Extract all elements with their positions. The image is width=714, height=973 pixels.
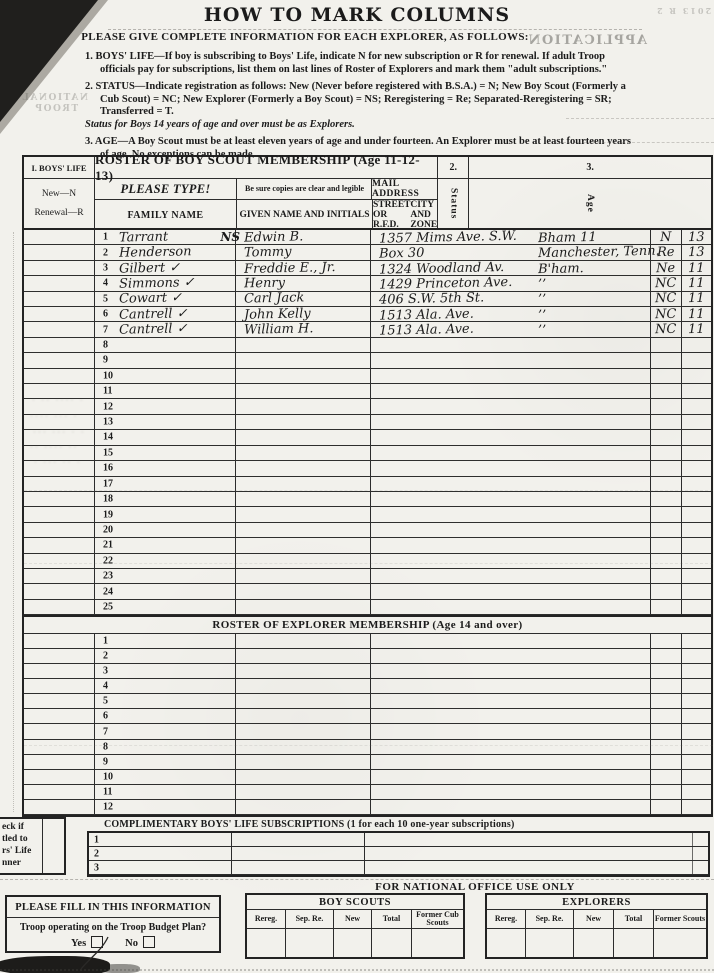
cell-address <box>370 507 650 521</box>
cell-family-name: 1 Tarrant NS <box>94 230 235 244</box>
cell-age <box>681 600 711 614</box>
status-number: 2. <box>438 157 468 179</box>
instruction-number: 3. <box>85 136 93 147</box>
cell-blank <box>692 847 708 860</box>
page-title: HOW TO MARK COLUMNS <box>0 4 714 26</box>
instruction-item: 2. STATUS—Indicate registration as follo… <box>85 81 637 131</box>
city-value <box>538 390 650 392</box>
cell-age <box>681 649 711 663</box>
row-number: 4 <box>103 278 108 289</box>
cell-age <box>681 709 711 723</box>
cell-address <box>370 679 650 693</box>
street-value <box>379 528 538 531</box>
national-office-title: FOR NATIONAL OFFICE USE ONLY <box>320 881 630 893</box>
cell-status <box>650 399 681 413</box>
boys-life-codes: New—N Renewal—R <box>24 179 94 228</box>
cell-boys-life <box>24 369 94 383</box>
row-number: 23 <box>103 571 113 582</box>
cell-age: 11 <box>681 292 711 306</box>
cell-address <box>370 724 650 738</box>
family-name-value: Henderson <box>119 245 192 260</box>
cell-address <box>370 554 650 568</box>
boy-scout-roster-rows: 1 Tarrant NS Edwin B. 1357 Mims Ave. S.W… <box>24 230 711 615</box>
cell-family-name: 13 <box>94 415 235 429</box>
row-number: 6 <box>103 711 108 722</box>
new-code: New—N <box>42 189 76 199</box>
cell-given-name <box>235 415 370 429</box>
cell-address <box>370 353 650 367</box>
cell-given-name <box>235 740 370 754</box>
cell-given-name <box>235 430 370 444</box>
cell-address <box>370 477 650 491</box>
cell-address: 1513 Ala. Ave. ’’ <box>370 322 650 336</box>
cell-status <box>650 800 681 814</box>
city-value <box>538 436 650 438</box>
explorers-table-body <box>487 929 706 957</box>
cell-age <box>681 694 711 708</box>
city-value <box>538 590 650 592</box>
street-value <box>379 405 538 408</box>
cell-boys-life <box>24 584 94 598</box>
membership-form: I. BOYS' LIFE New—N Renewal—R ROSTER OF … <box>22 155 713 817</box>
cell-status <box>650 694 681 708</box>
cell-given-name: Henry <box>235 276 370 290</box>
copies-note: Be sure copies are clear and legible <box>236 179 371 199</box>
cell-boys-life <box>24 724 94 738</box>
cell-family-name: 8 <box>94 338 235 352</box>
city-header: CITY AND ZONE <box>410 200 437 230</box>
complimentary-row: 2 <box>89 847 708 861</box>
cell-given-name: John Kelly <box>235 307 370 321</box>
status-value: NC <box>655 277 677 290</box>
cell-given-name <box>235 523 370 537</box>
cell-boys-life <box>24 307 94 321</box>
roster-row: 1 Tarrant NS Edwin B. 1357 Mims Ave. S.W… <box>24 230 711 245</box>
roster-row: 21 <box>24 538 711 553</box>
explorers-table-header: Rereg. Sep. Re. New Total Former Scouts <box>487 910 706 929</box>
cell-age <box>681 353 711 367</box>
cell-address <box>370 709 650 723</box>
cell-status <box>650 415 681 429</box>
cell-family-name: 2 <box>94 649 235 663</box>
row-number: 9 <box>103 355 108 366</box>
cell-age <box>681 785 711 799</box>
street-value <box>379 420 538 423</box>
cell-status: Re <box>650 245 681 259</box>
cell-family-name: 15 <box>94 446 235 460</box>
cell-family-name: 14 <box>94 430 235 444</box>
cell-age <box>681 724 711 738</box>
cell-age <box>681 461 711 475</box>
row-number: 21 <box>103 540 113 551</box>
roster-header: I. BOYS' LIFE New—N Renewal—R ROSTER OF … <box>24 157 711 230</box>
cell-family-name: 11 <box>94 785 235 799</box>
cell-age <box>681 554 711 568</box>
cell-family-name: 1 <box>94 634 235 648</box>
cell-address <box>370 800 650 814</box>
cell-boys-life <box>24 245 94 259</box>
row-number: 3 <box>94 862 99 873</box>
cell-family-name: 22 <box>94 554 235 568</box>
col-total: Total <box>371 910 411 928</box>
divider <box>0 879 714 880</box>
status-value: Ne <box>656 261 675 274</box>
row-number: 3 <box>103 263 108 274</box>
cell-address <box>370 785 650 799</box>
city-value: ’’ <box>538 291 650 306</box>
cell-address <box>370 523 650 537</box>
row-number: 9 <box>103 756 108 767</box>
cell-boys-life <box>24 694 94 708</box>
cell-family-name: 7 Cantrell ✓ <box>94 322 235 336</box>
roster-subheader: PLEASE TYPE! Be sure copies are clear an… <box>95 179 437 200</box>
cell-address <box>370 430 650 444</box>
bleed-smudge: ·· ···· ·· <box>30 442 78 452</box>
cell-family-name: 23 <box>94 569 235 583</box>
roster-row: 15 <box>24 446 711 461</box>
cell-age <box>681 446 711 460</box>
cell-status <box>650 785 681 799</box>
cell-age <box>681 569 711 583</box>
cell-family-name: 9 <box>94 353 235 367</box>
cell-boys-life <box>24 664 94 678</box>
cell-family-name: 3 Gilbert ✓ <box>94 261 235 275</box>
explorer-row: 11 <box>24 785 711 800</box>
cell-address: 1324 Woodland Av. B'ham. <box>370 261 650 275</box>
explorer-row: 7 <box>24 724 711 739</box>
scan-noise-line <box>566 118 714 119</box>
street-value <box>379 605 538 608</box>
cell-boys-life <box>24 554 94 568</box>
cell-blank <box>364 861 692 874</box>
cell-given-name <box>235 600 370 614</box>
budget-plan-question: Troop operating on the Troop Budget Plan… <box>7 922 219 933</box>
row-number: 25 <box>103 601 113 612</box>
family-name-value: Gilbert ✓ <box>119 261 180 275</box>
cell-status: N <box>650 230 681 244</box>
explorer-roster-rows: 1 2 <box>24 634 711 815</box>
row-number: 6 <box>103 309 108 320</box>
cell-boys-life <box>24 230 94 244</box>
row-number: 8 <box>103 340 108 351</box>
roster-row: 9 <box>24 353 711 368</box>
cell-address: Box 30 Manchester, Tenn. <box>370 245 650 259</box>
cell-age <box>681 415 711 429</box>
cell-boys-life <box>24 755 94 769</box>
cell-status <box>650 430 681 444</box>
cell-family-name: 11 <box>94 384 235 398</box>
explorer-row: 2 <box>24 649 711 664</box>
family-name-value: Cantrell ✓ <box>119 307 188 321</box>
street-value: 1513 Ala. Ave. <box>379 321 538 337</box>
explorer-row: 6 <box>24 709 711 724</box>
given-name-value: William H. <box>244 322 314 336</box>
status-mark: NS <box>220 230 240 244</box>
cell-boys-life <box>24 600 94 614</box>
row-number: 15 <box>103 447 113 458</box>
cell-status <box>650 384 681 398</box>
cell-age <box>681 399 711 413</box>
cell-boys-life <box>24 523 94 537</box>
cell-given-name <box>235 492 370 506</box>
city-value: Manchester, Tenn. <box>538 245 650 260</box>
bleed-smudge: · ·· ···· · <box>32 395 85 405</box>
cell-age <box>681 384 711 398</box>
city-value <box>538 452 650 454</box>
cell-status <box>650 523 681 537</box>
cell-age <box>681 664 711 678</box>
roster-row: 12 <box>24 399 711 414</box>
cell-address <box>370 369 650 383</box>
cell-age: 11 <box>681 307 711 321</box>
bleed-application-text: APPLICATION <box>527 33 647 48</box>
cell-boys-life <box>24 292 94 306</box>
row-number: 20 <box>103 524 113 535</box>
cell-given-name: Carl Jack <box>235 292 370 306</box>
cell-given-name: William H. <box>235 322 370 336</box>
roster-row: 4 Simmons ✓ Henry 1429 Princeton Ave. ’’… <box>24 276 711 291</box>
renewal-code: Renewal—R <box>34 208 83 218</box>
cell-family-name: 9 <box>94 755 235 769</box>
scan-noise-line <box>558 142 714 143</box>
scan-noise-line <box>24 563 713 564</box>
col-new: New <box>573 910 613 928</box>
city-value: B'ham. <box>538 260 650 275</box>
cell-family-name: 10 <box>94 369 235 383</box>
cell-family-name: 16 <box>94 461 235 475</box>
cell-given-name <box>235 461 370 475</box>
explorer-row: 9 <box>24 755 711 770</box>
cell-boys-life <box>24 709 94 723</box>
roster-row: 2 Henderson Tommy Box 30 Manchester, Ten… <box>24 245 711 260</box>
cell-status: NC <box>650 292 681 306</box>
cell-status <box>650 446 681 460</box>
cell-given-name <box>235 477 370 491</box>
cell-address <box>370 461 650 475</box>
street-value <box>379 559 538 562</box>
street-city-header: STREET OR R.F.D. CITY AND ZONE <box>372 200 437 230</box>
roster-row: 10 <box>24 369 711 384</box>
boy-scouts-tally-table: BOY SCOUTS Rereg. Sep. Re. New Total For… <box>245 893 465 959</box>
col-former-cub-scouts: Former Cub Scouts <box>411 910 463 928</box>
street-value: 1513 Ala. Ave. <box>379 306 538 322</box>
col-sep-re: Sep. Re. <box>285 910 333 928</box>
cell-status <box>650 724 681 738</box>
row-number: 2 <box>103 651 108 662</box>
roster-row: 25 <box>24 600 711 615</box>
row-number: 11 <box>103 386 112 397</box>
cell-address <box>370 538 650 552</box>
status-value: NC <box>655 292 677 305</box>
family-name-value: Cantrell ✓ <box>119 322 188 336</box>
cell-family-name: 6 Cantrell ✓ <box>94 307 235 321</box>
cell-age <box>681 584 711 598</box>
cell-status <box>650 755 681 769</box>
roster-row: 24 <box>24 584 711 599</box>
street-value <box>379 574 538 577</box>
bleed-national-troop-text: NATIONAL TROOP <box>24 93 88 115</box>
cell-family-name: 19 <box>94 507 235 521</box>
row-number: 22 <box>103 555 113 566</box>
row-number: 3 <box>103 666 108 677</box>
status-value: NC <box>655 323 677 336</box>
boy-scouts-table-body <box>247 929 463 957</box>
boy-scouts-table-header: Rereg. Sep. Re. New Total Former Cub Sco… <box>247 910 463 929</box>
roster-row: 8 <box>24 338 711 353</box>
cell-address <box>370 492 650 506</box>
cell-family-name: 3 <box>94 664 235 678</box>
cell-boys-life <box>24 634 94 648</box>
city-value: ’’ <box>538 276 650 291</box>
age-value: 11 <box>688 323 705 336</box>
cell-status <box>650 740 681 754</box>
scan-noise-line <box>24 490 713 491</box>
cell-number: 2 <box>89 847 231 860</box>
roster-row: 22 <box>24 554 711 569</box>
row-number: 13 <box>103 417 113 428</box>
cell-status <box>650 634 681 648</box>
col-rereg: Rereg. <box>487 910 525 928</box>
roster-row: 5 Cowart ✓ Carl Jack 406 S.W. 5th St. ’’… <box>24 292 711 307</box>
cell-given-name <box>235 584 370 598</box>
complimentary-table: 1 2 3 <box>87 831 710 877</box>
explorer-row: 8 <box>24 740 711 755</box>
boys-life-title: I. BOYS' LIFE <box>24 157 94 179</box>
col-rereg: Rereg. <box>247 910 285 928</box>
city-value <box>538 513 650 515</box>
cell-age <box>681 492 711 506</box>
roster-row: 3 Gilbert ✓ Freddie E., Jr. 1324 Woodlan… <box>24 261 711 276</box>
given-name-value: John Kelly <box>244 307 311 321</box>
city-value <box>538 375 650 377</box>
cell-age <box>681 338 711 352</box>
cell-family-name: 10 <box>94 770 235 784</box>
status-column-header: 2. Status <box>437 157 468 228</box>
cell-family-name: 4 Simmons ✓ <box>94 276 235 290</box>
cell-status <box>650 770 681 784</box>
cell-boys-life <box>24 649 94 663</box>
explorer-row: 3 <box>24 664 711 679</box>
fill-info-title: PLEASE FILL IN THIS INFORMATION <box>7 897 219 918</box>
street-value <box>379 451 538 454</box>
status-label: Status <box>438 179 468 228</box>
mail-address-header: MAIL ADDRESS <box>371 179 437 199</box>
explorer-row: 12 <box>24 800 711 815</box>
age-column-header: 3. Age <box>468 157 711 228</box>
complimentary-title: COMPLIMENTARY BOYS' LIFE SUBSCRIPTIONS (… <box>104 819 515 830</box>
cell-given-name <box>235 679 370 693</box>
family-name-value: Simmons ✓ <box>119 276 195 291</box>
cell-boys-life <box>24 507 94 521</box>
cell-status <box>650 507 681 521</box>
cell-status: Ne <box>650 261 681 275</box>
cell-boys-life <box>24 338 94 352</box>
banner-note-text: eck if tled to rs' Life nner <box>0 819 43 873</box>
cell-status <box>650 584 681 598</box>
boys-life-column-header: I. BOYS' LIFE New—N Renewal—R <box>24 157 94 228</box>
cell-given-name <box>235 755 370 769</box>
scanned-form-page: HOW TO MARK COLUMNS PLEASE GIVE COMPLETE… <box>0 0 714 973</box>
roster-row: 7 Cantrell ✓ William H. 1513 Ala. Ave. ’… <box>24 322 711 337</box>
roster-title: ROSTER OF BOY SCOUT MEMBERSHIP (Age 11-1… <box>95 157 437 179</box>
cell-status <box>650 338 681 352</box>
cell-status: NC <box>650 276 681 290</box>
status-value: NC <box>655 308 677 321</box>
row-number: 24 <box>103 586 113 597</box>
explorer-row: 10 <box>24 770 711 785</box>
street-value: 1357 Mims Ave. S.W. <box>379 229 538 245</box>
cell-age <box>681 477 711 491</box>
col-sep-re: Sep. Re. <box>525 910 573 928</box>
cell-family-name: 5 <box>94 694 235 708</box>
row-number: 10 <box>103 771 113 782</box>
cell-age <box>681 755 711 769</box>
cell-status <box>650 461 681 475</box>
cell-given-name <box>235 338 370 352</box>
cell-age <box>681 634 711 648</box>
cell-address <box>370 649 650 663</box>
cell-boys-life <box>24 679 94 693</box>
cell-address: 406 S.W. 5th St. ’’ <box>370 292 650 306</box>
instruction-number: 1. <box>85 51 93 62</box>
cell-status <box>650 600 681 614</box>
cell-age <box>681 538 711 552</box>
cell-given-name <box>235 446 370 460</box>
roster-row: 6 Cantrell ✓ John Kelly 1513 Ala. Ave. ’… <box>24 307 711 322</box>
row-number: 12 <box>103 801 113 812</box>
city-value <box>538 529 650 531</box>
col-former-scouts: Former Scouts <box>653 910 706 928</box>
cell-age <box>681 770 711 784</box>
margin-dotted-line <box>13 232 14 812</box>
street-value <box>379 590 538 593</box>
row-number: 1 <box>94 834 99 845</box>
instruction-item: 1. BOYS' LIFE—If boy is subscribing to B… <box>85 51 637 76</box>
cell-age <box>681 430 711 444</box>
street-value <box>379 374 538 377</box>
cell-given-name <box>235 569 370 583</box>
cell-age: 13 <box>681 245 711 259</box>
explorer-row: 4 <box>24 679 711 694</box>
given-name-value: Edwin B. <box>244 230 304 244</box>
cell-blank <box>231 847 364 860</box>
cell-boys-life <box>24 770 94 784</box>
explorer-row: 5 <box>24 694 711 709</box>
no-checkbox <box>143 936 155 948</box>
city-value: ’’ <box>538 307 650 322</box>
row-number: 5 <box>103 293 108 304</box>
cell-status <box>650 709 681 723</box>
cell-age: 13 <box>681 230 711 244</box>
cell-blank <box>692 833 708 846</box>
row-number: 11 <box>103 786 112 797</box>
age-value: 11 <box>688 261 705 274</box>
cell-given-name <box>235 353 370 367</box>
no-label: No <box>125 938 138 949</box>
complimentary-row: 1 <box>89 833 708 847</box>
given-name-value: Freddie E., Jr. <box>244 261 336 276</box>
cell-address <box>370 770 650 784</box>
city-value <box>538 544 650 546</box>
cell-blank <box>231 861 364 874</box>
row-number: 18 <box>103 494 113 505</box>
cell-address <box>370 740 650 754</box>
cell-given-name <box>235 507 370 521</box>
cell-age <box>681 523 711 537</box>
age-value: 13 <box>688 246 705 259</box>
roster-row: 13 <box>24 415 711 430</box>
cell-family-name: 2 Henderson <box>94 245 235 259</box>
